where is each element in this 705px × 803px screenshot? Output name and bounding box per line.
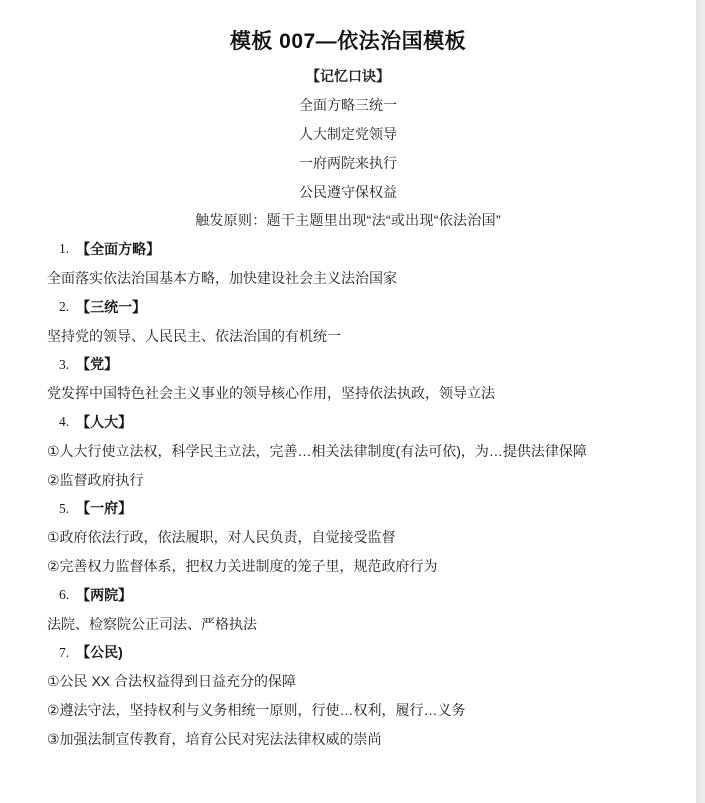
section-line: 党发挥中国特色社会主义事业的领导核心作用，坚持依法执政，领导立法: [0, 379, 696, 408]
mnemonic-line: 全面方略三统一: [0, 91, 696, 120]
section-heading-1: 1.【全面方略】: [0, 235, 696, 264]
section-number: 5.: [59, 502, 69, 516]
section-line: ③加强法制宣传教育，培育公民对宪法法律权威的崇尚: [0, 724, 696, 753]
section-label: 【三统一】: [76, 300, 146, 314]
section-line: ①政府依法行政，依法履职，对人民负责，自觉接受监督: [0, 523, 696, 552]
section-line: ②完善权力监督体系，把权力关进制度的笼子里，规范政府行为: [0, 552, 696, 581]
section-heading-3: 3.【党】: [0, 350, 696, 379]
mnemonic-line: 公民遵守保权益: [0, 177, 696, 206]
document-page: 模板 007—依法治国模板 【记忆口诀】 全面方略三统一 人大制定党领导 一府两…: [0, 0, 705, 803]
section-line: ①人大行使立法权，科学民主立法，完善…相关法律制度(有法可依)，为…提供法律保障: [0, 436, 696, 465]
section-label: 【两院】: [76, 588, 132, 602]
page-title: 模板 007—依法治国模板: [0, 22, 696, 62]
section-line: ①公民 XX 合法权益得到日益充分的保障: [0, 667, 696, 696]
right-edge-gutter: [696, 0, 705, 803]
section-line: ②监督政府执行: [0, 465, 696, 494]
section-line: 坚持党的领导、人民民主、依法治国的有机统一: [0, 321, 696, 350]
section-number: 3.: [59, 358, 69, 372]
section-label: 【党】: [76, 357, 118, 371]
mnemonic-line: 人大制定党领导: [0, 120, 696, 149]
section-label: 【全面方略】: [76, 242, 160, 256]
section-line: 全面落实依法治国基本方略，加快建设社会主义法治国家: [0, 264, 696, 293]
section-label: 【一府】: [76, 501, 132, 515]
section-heading-6: 6.【两院】: [0, 580, 696, 609]
section-line: ②遵法守法，坚持权利与义务相统一原则，行使…权利，履行…义务: [0, 696, 696, 725]
section-number: 1.: [59, 242, 69, 256]
section-label: 【公民): [76, 645, 123, 659]
section-line: 法院、检察院公正司法、严格执法: [0, 609, 696, 638]
section-heading-5: 5.【一府】: [0, 494, 696, 523]
section-heading-4: 4.【人大】: [0, 408, 696, 437]
mnemonic-line: 一府两院来执行: [0, 148, 696, 177]
document-content: 模板 007—依法治国模板 【记忆口诀】 全面方略三统一 人大制定党领导 一府两…: [0, 0, 696, 753]
section-heading-7: 7.【公民): [0, 638, 696, 667]
section-number: 2.: [59, 300, 69, 314]
section-number: 7.: [59, 646, 69, 660]
section-number: 4.: [59, 415, 69, 429]
section-heading-2: 2.【三统一】: [0, 292, 696, 321]
section-label: 【人大】: [76, 415, 132, 429]
section-number: 6.: [59, 588, 69, 602]
mnemonic-header: 【记忆口诀】: [0, 62, 696, 91]
trigger-rule-line: 触发原则：题干主题里出现“法“或出现“依法治国”: [0, 206, 696, 235]
